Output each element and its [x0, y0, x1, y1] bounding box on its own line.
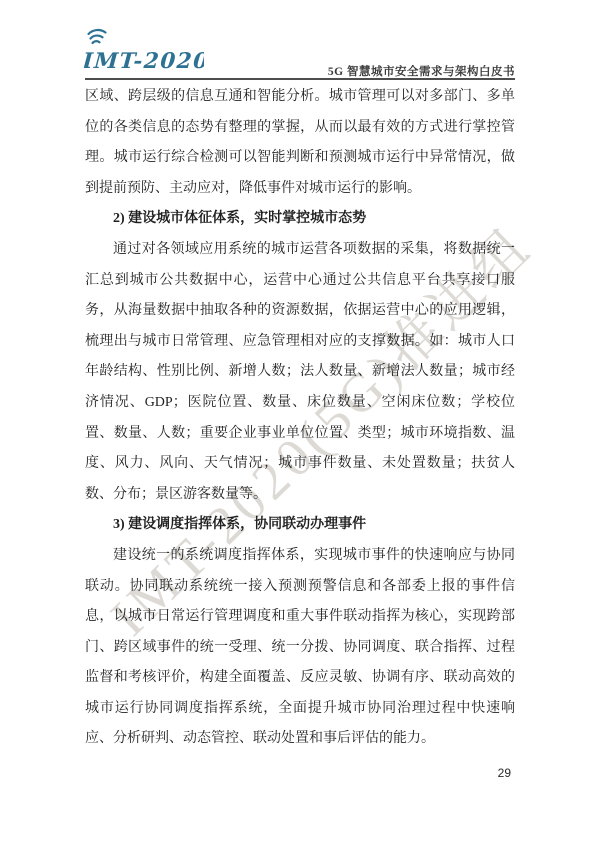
paragraph-city-data: 通过对各领域应用系统的城市运营各项数据的采集，将数据统一汇总到城市公共数据中心，…: [85, 235, 515, 510]
section-heading-3: 3) 建设调度指挥体系，协同联动办理事件: [85, 510, 515, 541]
paragraph-continuation: 区域、跨层级的信息互通和智能分析。城市管理可以对多部门、多单位的各类信息的态势有…: [85, 82, 515, 204]
page-body: 区域、跨层级的信息互通和智能分析。城市管理可以对多部门、多单位的各类信息的态势有…: [85, 82, 515, 755]
paragraph-dispatch-system: 建设统一的系统调度指挥体系，实现城市事件的快速响应与协同联动。协同联动系统统一接…: [85, 541, 515, 755]
section-heading-2: 2) 建设城市体征体系，实时掌控城市态势: [85, 204, 515, 235]
document-page: IMT-2020(5G)推进组 IMT-2020 5G 智慧城市安全需求与架构白…: [0, 0, 600, 848]
logo-text: IMT-2020: [84, 49, 204, 74]
header-divider: [85, 78, 515, 80]
wifi-signal-icon: IMT-2020: [84, 28, 204, 78]
page-number: 29: [498, 766, 511, 780]
imt-2020-logo: IMT-2020: [84, 28, 204, 83]
document-title: 5G 智慧城市安全需求与架构白皮书: [328, 63, 515, 79]
